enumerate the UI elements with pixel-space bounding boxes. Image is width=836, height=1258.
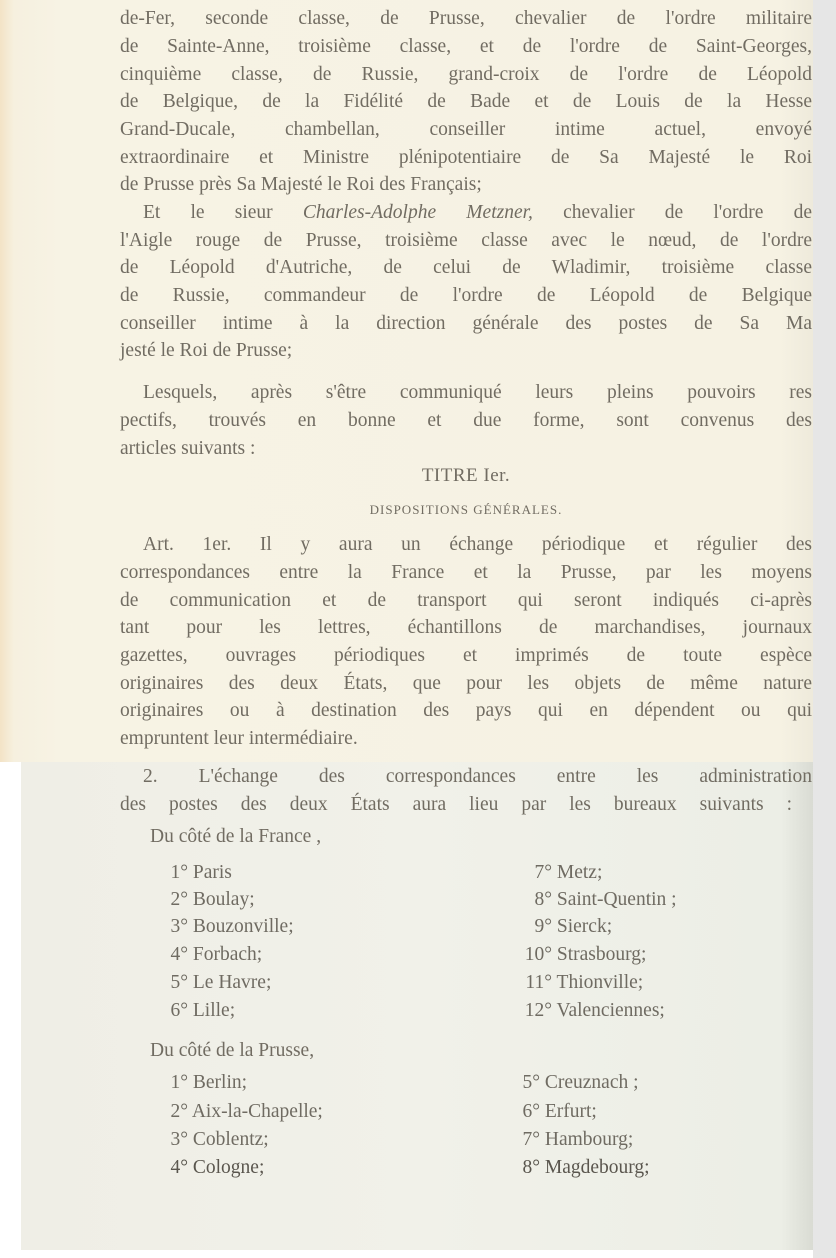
- text-line: Lesquels, après s'être communiqué leurs …: [143, 380, 812, 406]
- item-name: Aix-la-Chapelle;: [192, 1101, 323, 1122]
- text-line: Grand-Ducale, chambellan, conseiller int…: [120, 117, 812, 143]
- item-number: 1°: [140, 1070, 188, 1096]
- item-number: 4°: [140, 942, 188, 968]
- list-item: 10° Strasbourg;: [500, 942, 646, 968]
- text-line: extraordinaire et Ministre plénipotentia…: [120, 145, 812, 171]
- gray-margin-right: [813, 0, 836, 1258]
- text-line: de Prusse près Sa Majesté le Roi des Fra…: [120, 172, 482, 198]
- text-line: de Belgique, de la Fidélité de Bade et d…: [120, 89, 812, 115]
- item-name: Metz;: [557, 862, 602, 883]
- text-line: pectifs, trouvés en bonne et due forme, …: [120, 408, 812, 434]
- item-name: Bouzonville;: [193, 916, 294, 937]
- list-item: 11° Thionville;: [500, 970, 643, 996]
- item-number: 4°: [140, 1155, 188, 1181]
- text-line: originaires des deux États, que pour les…: [120, 671, 812, 697]
- list-item: 8° Magdebourg;: [500, 1155, 650, 1181]
- item-name: Boulay;: [193, 889, 255, 910]
- text-line: l'Aigle rouge de Prusse, troisième class…: [120, 228, 812, 254]
- list-item: 5° Creuznach ;: [500, 1070, 639, 1096]
- text-run: chevalier de l'ordre de: [533, 202, 812, 223]
- text-line: empruntent leur intermédiaire.: [120, 726, 358, 752]
- text-line: de Léopold d'Autriche, de celui de Wladi…: [120, 255, 812, 281]
- text-line: de-Fer, seconde classe, de Prusse, cheva…: [120, 6, 812, 32]
- item-name: Cologne;: [193, 1157, 265, 1178]
- text-line: articles suivants :: [120, 436, 255, 462]
- item-number: 8°: [500, 1155, 540, 1181]
- item-number: 2°: [140, 1099, 188, 1125]
- item-name: Lille;: [193, 1000, 235, 1021]
- item-number: 9°: [500, 914, 552, 940]
- list-item: 3° Coblentz;: [140, 1127, 269, 1153]
- section-title: TITRE Ier.: [120, 463, 812, 489]
- item-number: 7°: [500, 860, 552, 886]
- list-item: 9° Sierck;: [500, 914, 612, 940]
- list-item: 7° Hambourg;: [500, 1127, 633, 1153]
- item-name: Coblentz;: [193, 1129, 269, 1150]
- list-item: 8° Saint-Quentin ;: [500, 887, 677, 913]
- text-line: de Sainte-Anne, troisième classe, et de …: [120, 34, 812, 60]
- item-name: Berlin;: [193, 1072, 247, 1093]
- text-line: tant pour les lettres, échantillons de m…: [120, 615, 812, 641]
- list-heading-prusse: Du côté de la Prusse,: [150, 1038, 314, 1064]
- text-line: de communication et de transport qui ser…: [120, 588, 812, 614]
- text-line: gazettes, ouvrages périodiques et imprim…: [120, 643, 812, 669]
- blank-margin-bottom: [21, 1250, 813, 1258]
- text-line: conseiller intime à la direction général…: [120, 311, 812, 337]
- list-item: 6° Lille;: [140, 998, 235, 1024]
- text-line: correspondances entre la France et la Pr…: [120, 560, 812, 586]
- text-line: Art. 1er. Il y aura un échange périodiqu…: [143, 532, 812, 558]
- item-name: Sierck;: [557, 916, 612, 937]
- item-number: 2°: [140, 887, 188, 913]
- item-number: 5°: [500, 1070, 540, 1096]
- text-line: Et le sieur Charles-Adolphe Metzner, che…: [143, 200, 812, 226]
- list-item: 1° Paris: [140, 860, 232, 886]
- list-item: 2° Boulay;: [140, 887, 255, 913]
- list-item: 5° Le Havre;: [140, 970, 271, 996]
- item-name: Magdebourg;: [545, 1157, 650, 1178]
- list-heading-france: Du côté de la France ,: [150, 824, 321, 850]
- list-item: 2° Aix-la-Chapelle;: [140, 1099, 323, 1125]
- item-name: Hambourg;: [545, 1129, 633, 1150]
- item-name: Strasbourg;: [557, 944, 647, 965]
- item-name: Paris: [193, 862, 232, 883]
- item-name: Thionville;: [557, 972, 644, 993]
- item-name: Saint-Quentin ;: [557, 889, 677, 910]
- list-item: 12° Valenciennes;: [500, 998, 665, 1024]
- item-number: 10°: [500, 942, 552, 968]
- text-line: cinquième classe, de Russie, grand-croix…: [120, 62, 812, 88]
- item-number: 3°: [140, 1127, 188, 1153]
- blank-margin-left: [0, 762, 21, 1258]
- text-run: Et le sieur: [143, 202, 303, 223]
- list-item: 6° Erfurt;: [500, 1099, 597, 1125]
- item-number: 12°: [500, 998, 552, 1024]
- list-item: 4° Forbach;: [140, 942, 262, 968]
- section-subtitle: DISPOSITIONS GÉNÉRALES.: [120, 497, 812, 523]
- item-number: 11°: [500, 970, 552, 996]
- item-name: Le Havre;: [193, 972, 272, 993]
- item-number: 8°: [500, 887, 552, 913]
- item-number: 7°: [500, 1127, 540, 1153]
- item-number: 5°: [140, 970, 188, 996]
- text-line: 2. L'échange des correspondances entre l…: [143, 764, 812, 790]
- text-line: des postes des deux États aura lieu par …: [120, 792, 792, 818]
- list-item: 1° Berlin;: [140, 1070, 247, 1096]
- item-number: 6°: [140, 998, 188, 1024]
- list-item: 4° Cologne;: [140, 1155, 264, 1181]
- item-name: Forbach;: [193, 944, 262, 965]
- item-name: Valenciennes;: [557, 1000, 665, 1021]
- item-name: Creuznach ;: [545, 1072, 639, 1093]
- person-name: Charles-Adolphe Metzner,: [303, 202, 533, 223]
- item-number: 3°: [140, 914, 188, 940]
- text-line: originaires ou à destination des pays qu…: [120, 698, 812, 724]
- text-line: jesté le Roi de Prusse;: [120, 338, 292, 364]
- list-item: 3° Bouzonville;: [140, 914, 294, 940]
- item-name: Erfurt;: [545, 1101, 597, 1122]
- list-item: 7° Metz;: [500, 860, 602, 886]
- item-number: 6°: [500, 1099, 540, 1125]
- item-number: 1°: [140, 860, 188, 886]
- text-line: de Russie, commandeur de l'ordre de Léop…: [120, 283, 812, 309]
